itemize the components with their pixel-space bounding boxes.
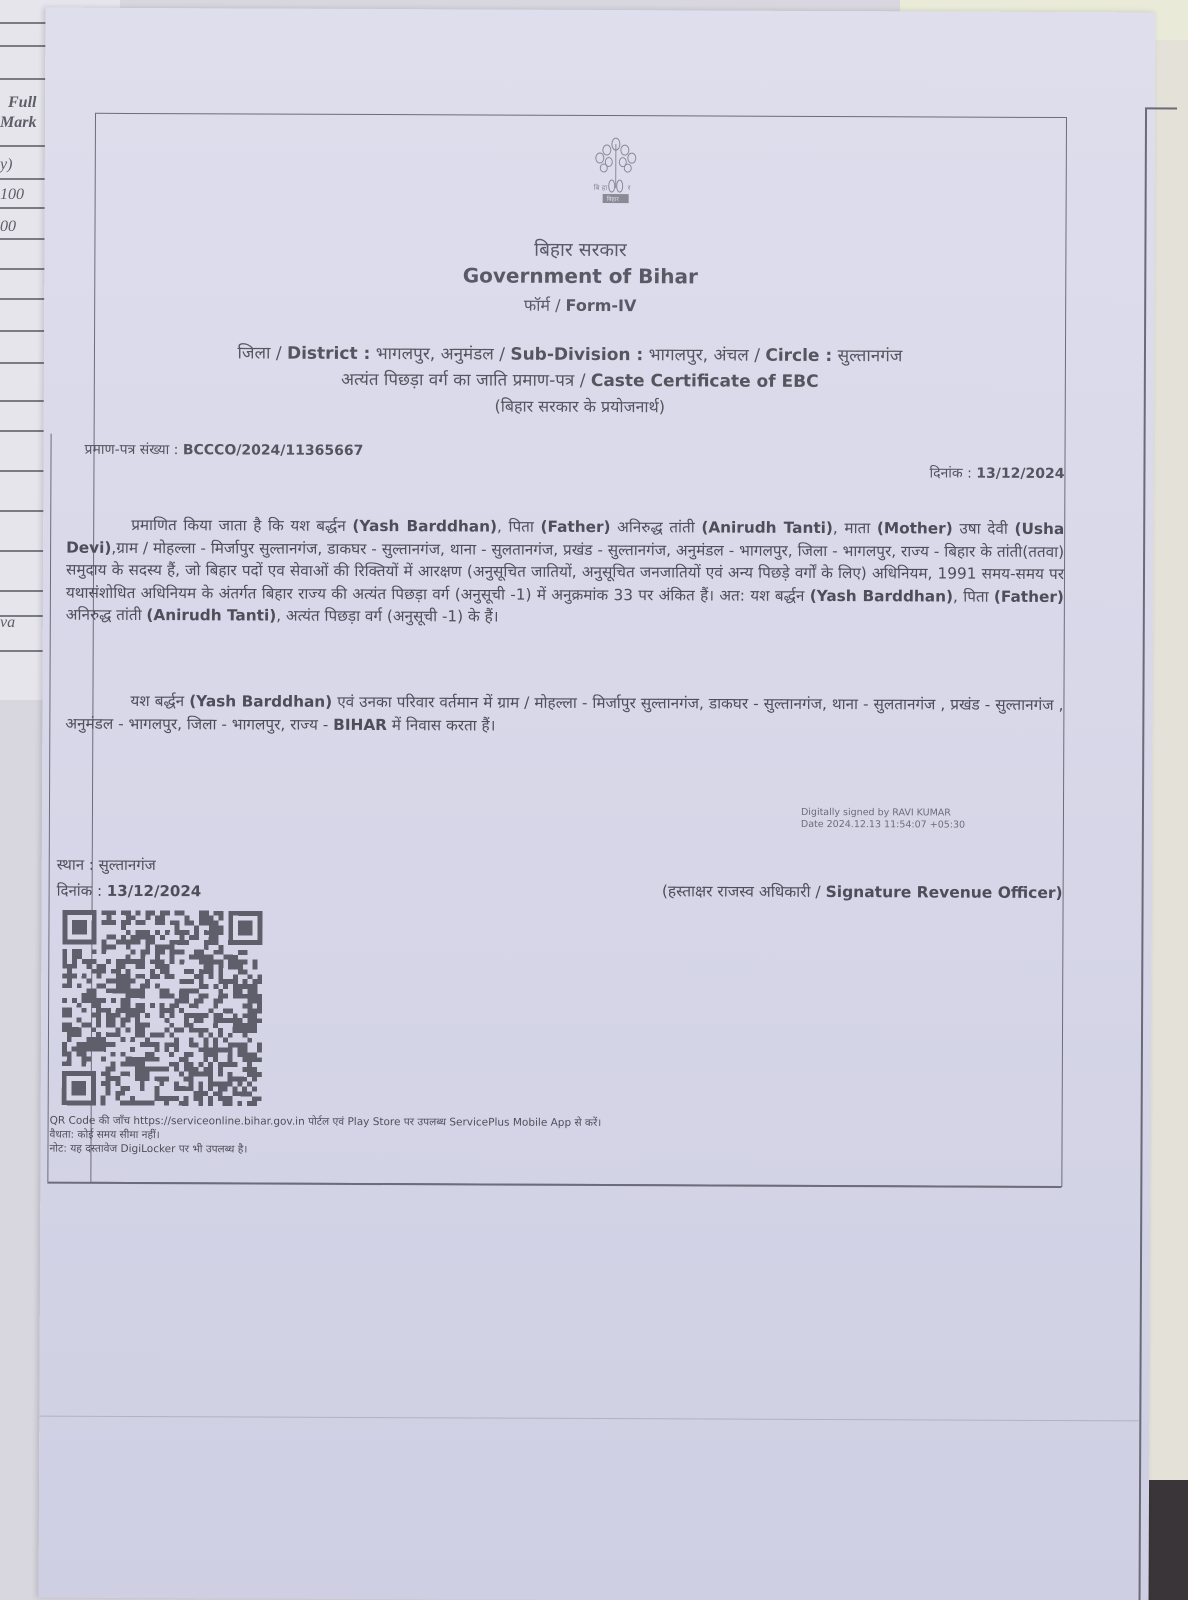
- father-label: (Father): [541, 518, 611, 536]
- text: उषा देवी: [953, 520, 1015, 538]
- text: में निवास करता हैं।: [387, 716, 496, 734]
- jurisdiction-line: जिला / District : भागलपुर, अनुमंडल / Sub…: [85, 340, 1055, 367]
- certificate-number-label: प्रमाण-पत्र संख्या :: [85, 442, 183, 458]
- issue-date: दिनांक : 13/12/2024: [929, 463, 1064, 483]
- certificate-border-box: बि हा र बिहार बिहार सरकार Government of …: [90, 113, 1067, 1187]
- certificate-paper: बि हा र बिहार बिहार सरकार Government of …: [39, 8, 1156, 1600]
- svg-text:बि हा: बि हा: [594, 183, 608, 192]
- place-label: स्थान :: [57, 856, 99, 874]
- text: यश बर्द्धन: [130, 692, 189, 710]
- footnote-digilocker: नोट: यह दस्तावेज DigiLocker पर भी उपलब्ध…: [49, 1142, 601, 1158]
- bihar-government-emblem-icon: बि हा र बिहार: [576, 136, 656, 211]
- applicant-name: (Yash Barddhan): [352, 517, 497, 536]
- district-value: भागलपुर,: [370, 344, 440, 364]
- act-year: 1991: [938, 564, 977, 582]
- certificate-number: प्रमाण-पत्र संख्या : BCCCO/2024/11365667: [85, 440, 364, 460]
- subdivision-label: Sub-Division :: [510, 345, 643, 366]
- schedule-serial: 33: [613, 586, 633, 604]
- place-and-date: स्थान : सुल्तानगंज दिनांक : 13/12/2024: [57, 852, 202, 905]
- form-number: फॉर्म / Form-IV: [95, 292, 1065, 318]
- circle-value: सुल्तानगंज: [832, 346, 902, 366]
- text: , माता: [833, 519, 877, 537]
- certificate-number-value: BCCCO/2024/11365667: [183, 442, 364, 459]
- text: , पिता: [953, 587, 994, 605]
- state-name: BIHAR: [333, 715, 387, 733]
- paper-fold-line: [39, 1416, 1139, 1422]
- form-label-english: Form-IV: [566, 296, 637, 315]
- certification-paragraph: प्रमाणित किया जाता है कि यश बर्द्धन (Yas…: [66, 514, 1064, 631]
- certificate-title-hindi: अत्यंत पिछड़ा वर्ग का जाति प्रमाण-पत्र /: [341, 370, 591, 391]
- certificate-border-bottom: [47, 1182, 1061, 1188]
- form-label-hindi: फॉर्म /: [524, 296, 566, 315]
- svg-text:बिहार: बिहार: [607, 195, 620, 203]
- applicant-name: (Yash Barddhan): [189, 692, 332, 711]
- subdivision-value: भागलपुर,: [643, 345, 713, 365]
- signature-label-english: Signature Revenue Officer): [826, 883, 1063, 902]
- mother-label: (Mother): [877, 519, 953, 537]
- digital-signature-signer: Digitally signed by RAVI KUMAR: [801, 807, 965, 820]
- text: , पिता: [497, 518, 541, 536]
- residence-paragraph: यश बर्द्धन (Yash Barddhan) एवं उनका परिव…: [65, 690, 1063, 739]
- signature-label-hindi: (हस्ताक्षर राजस्व अधिकारी /: [662, 882, 826, 901]
- underlying-page-border: [1139, 107, 1188, 1600]
- subdivision-label-hindi: अनुमंडल /: [441, 344, 511, 364]
- father-name: (Anirudh Tanti): [701, 518, 833, 537]
- signature-block: (हस्ताक्षर राजस्व अधिकारी / Signature Re…: [662, 879, 1063, 903]
- father-label: (Father): [994, 587, 1064, 605]
- circle-label-hindi: अंचल /: [713, 346, 765, 366]
- certificate-purpose: (बिहार सरकार के प्रयोजनार्थ): [95, 393, 1065, 419]
- circle-label: Circle :: [765, 346, 832, 366]
- text: ,ग्राम / मोहल्ला - मिर्जापुर सुल्तानगंज,…: [66, 538, 1064, 582]
- issue-date-value: 13/12/2024: [976, 466, 1064, 482]
- father-name: (Anirudh Tanti): [146, 606, 276, 625]
- footer-date-label: दिनांक :: [57, 882, 107, 900]
- place-value: सुल्तानगंज: [99, 856, 156, 874]
- district-label: District :: [287, 344, 370, 364]
- digital-signature: Digitally signed by RAVI KUMAR Date 2024…: [801, 807, 965, 832]
- certificate-border-left: [47, 434, 51, 1182]
- government-name-english: Government of Bihar: [95, 262, 1065, 290]
- issue-date-label: दिनांक :: [929, 465, 976, 481]
- applicant-name: (Yash Barddhan): [810, 586, 953, 605]
- place: स्थान : सुल्तानगंज: [57, 852, 202, 879]
- footnotes: QR Code की जाँच https://serviceonline.bi…: [49, 1114, 601, 1158]
- footer-date: दिनांक : 13/12/2024: [57, 878, 202, 905]
- qr-code-icon[interactable]: [62, 910, 263, 1107]
- digital-signature-date: Date 2024.12.13 11:54:07 +05:30: [801, 819, 965, 832]
- text: , अत्यंत पिछड़ा वर्ग (अनुसूची -1) के हैं…: [276, 607, 498, 626]
- svg-text:र: र: [628, 184, 631, 192]
- text: अनिरुद्ध तांती: [66, 606, 147, 624]
- text: पर अंकित हैं। अत: यश बर्द्धन: [633, 586, 810, 605]
- text: प्रमाणित किया जाता है कि यश बर्द्धन: [131, 516, 352, 535]
- certificate-title-english: Caste Certificate of EBC: [591, 371, 819, 392]
- government-name-hindi: बिहार सरकार: [95, 234, 1065, 264]
- text: अनिरुद्ध तांती: [610, 518, 701, 536]
- certificate-title: अत्यंत पिछड़ा वर्ग का जाति प्रमाण-पत्र /…: [95, 366, 1065, 393]
- district-label-hindi: जिला /: [237, 343, 287, 363]
- footer-date-value: 13/12/2024: [107, 882, 202, 900]
